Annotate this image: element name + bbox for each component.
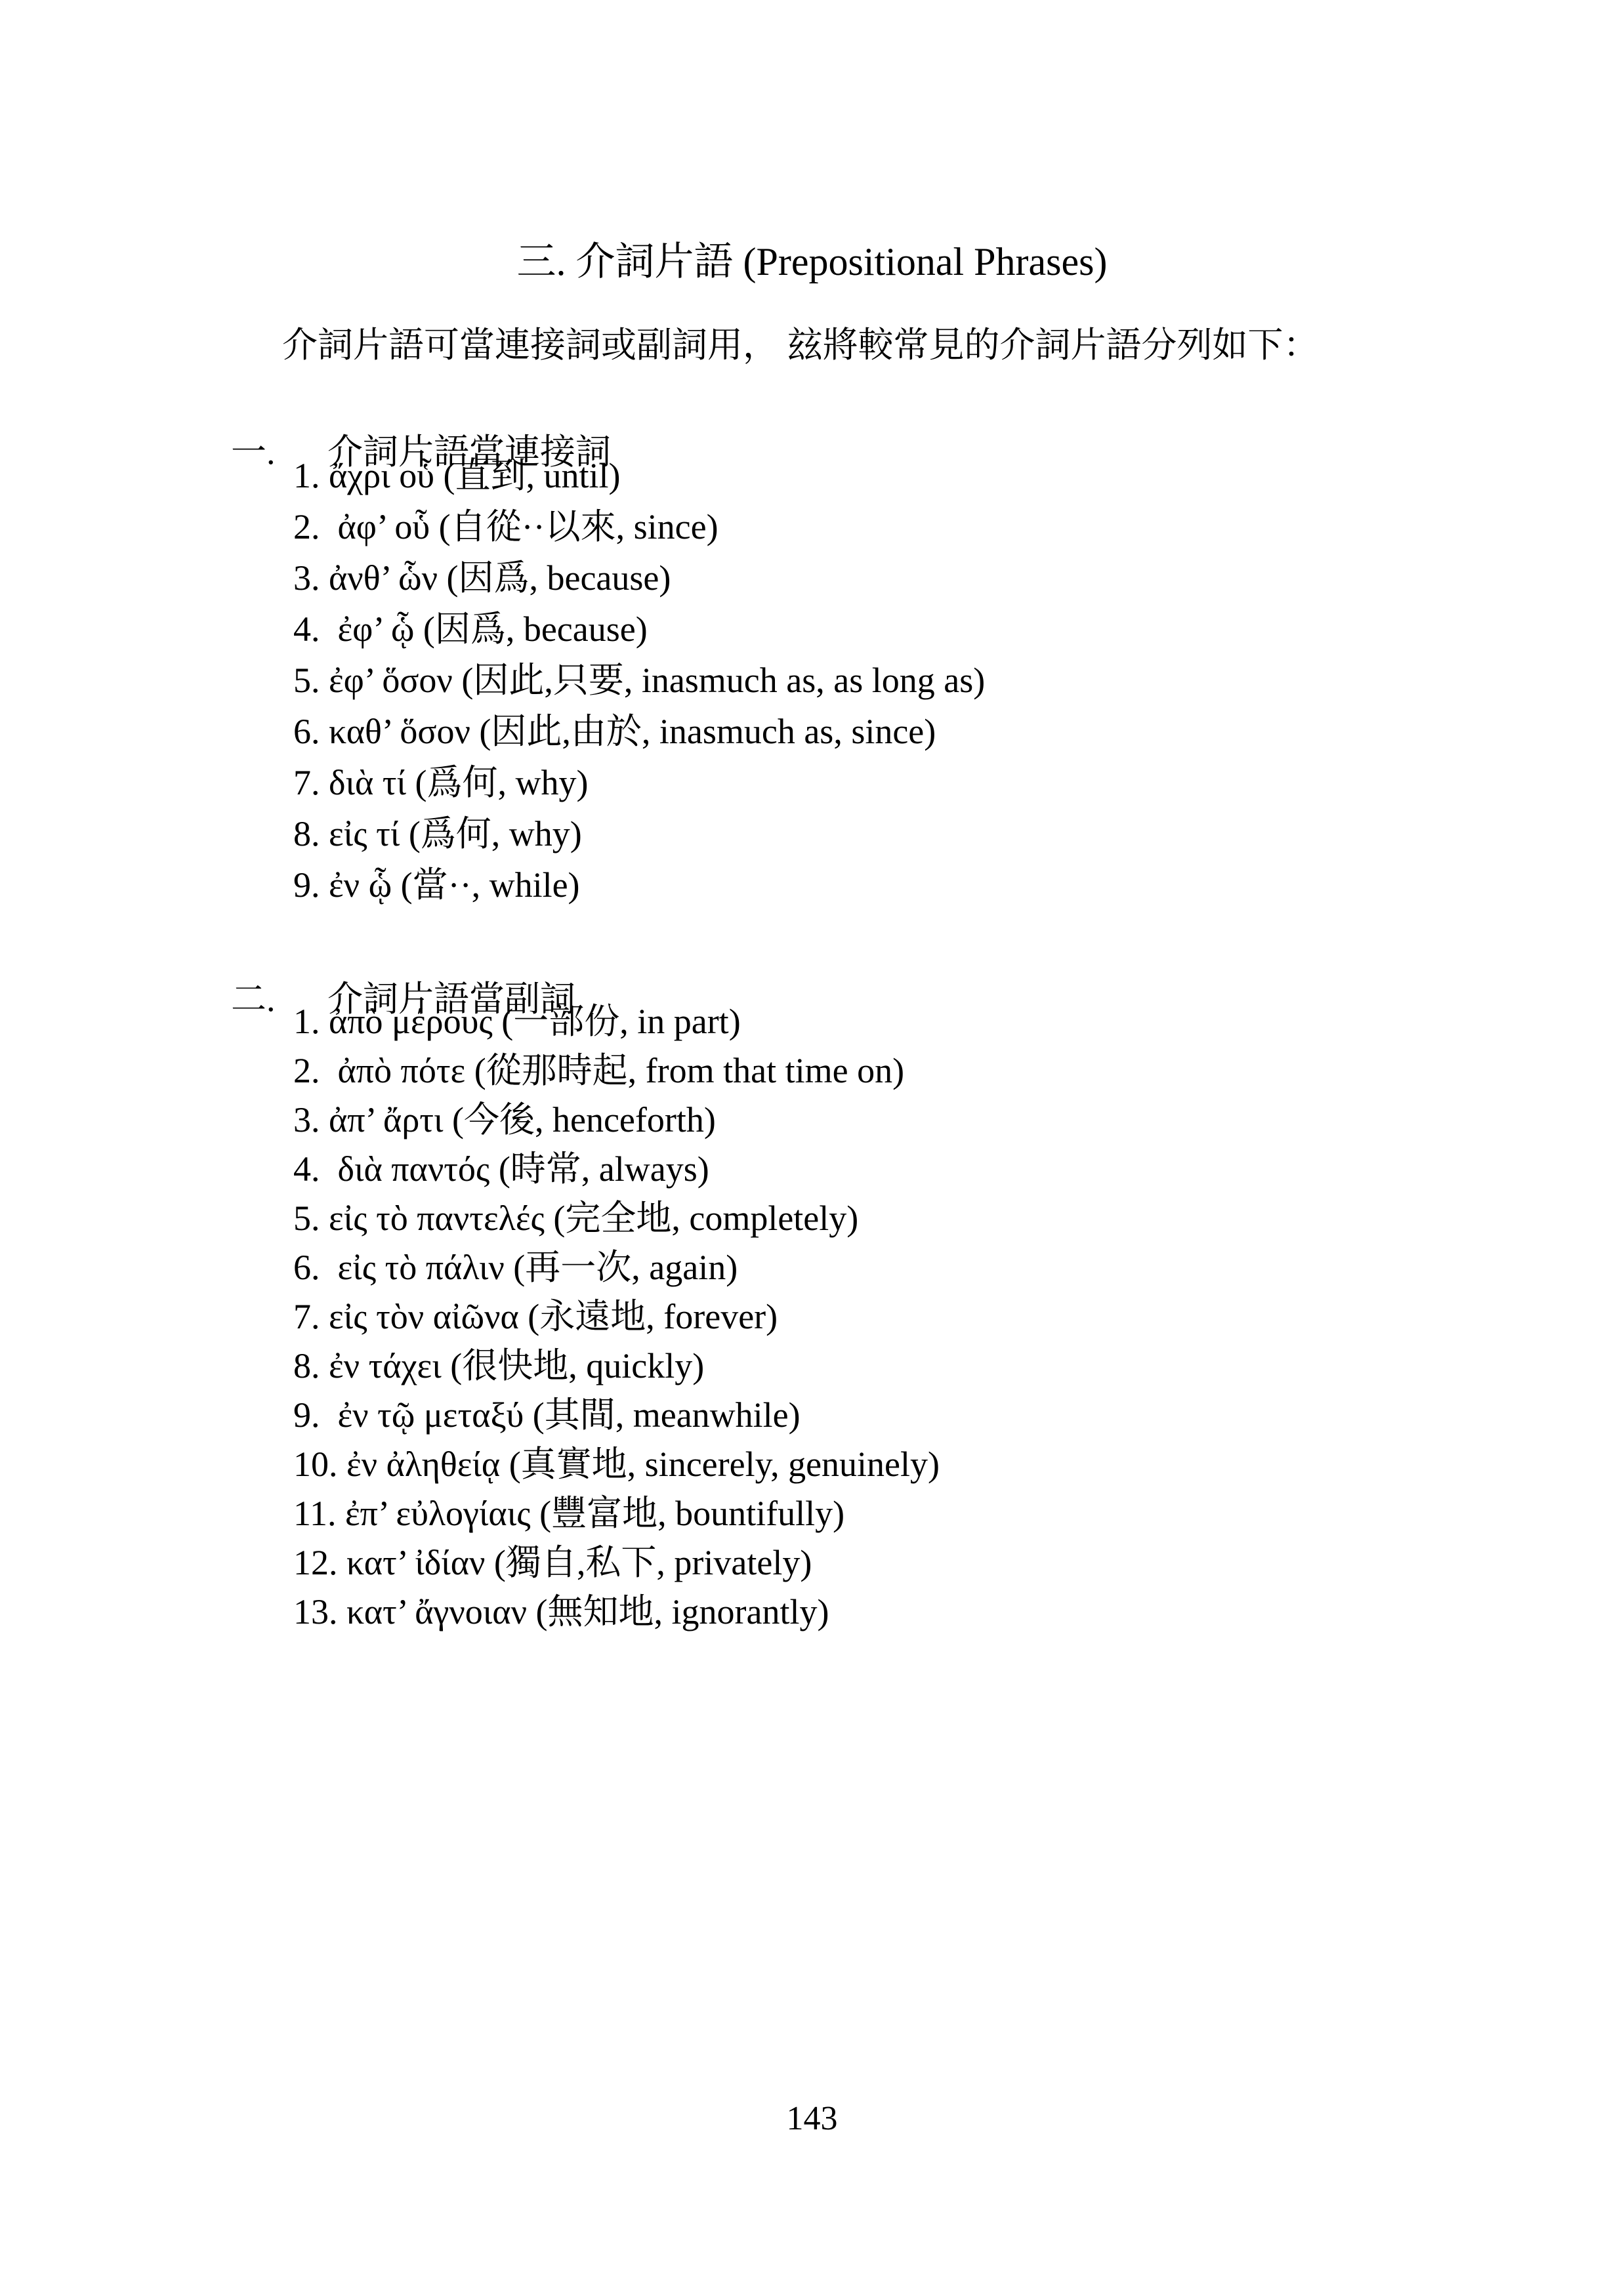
item-text: διὰ παντός (時常, always) bbox=[329, 1149, 709, 1189]
item-text: ἀπὸ μέρους (一部份, in part) bbox=[329, 1002, 741, 1041]
page-title: 三. 介詞片語 (Prepositional Phrases) bbox=[0, 239, 1624, 285]
item-text: ἐν τάχει (很快地, quickly) bbox=[329, 1346, 704, 1385]
item-number: 8. bbox=[293, 1346, 329, 1385]
list-item: 1.ἄχρι οὗ (直到, until) bbox=[293, 450, 985, 501]
list-item: 7.εἰς τὸν αἰῶνα (永遠地, forever) bbox=[293, 1292, 940, 1342]
item-number: 4. bbox=[293, 609, 329, 649]
list-item: 3.ἀπ’ ἄρτι (今後, henceforth) bbox=[293, 1096, 940, 1145]
item-text: ἀπὸ πότε (從那時起, from that time on) bbox=[329, 1051, 904, 1090]
item-number: 5. bbox=[293, 661, 329, 700]
item-text: ἐφ’ ὅσον (因此,只要, inasmuch as, as long as… bbox=[329, 661, 985, 700]
item-text: ἀφ’ οὗ (自從··以來, since) bbox=[329, 507, 718, 546]
list-item: 13.κατ’ ἄγνοιαν (無知地, ignorantly) bbox=[293, 1588, 940, 1637]
item-number: 4. bbox=[293, 1149, 329, 1189]
list-item: 9. ἐν τῷ μεταξύ (其間, meanwhile) bbox=[293, 1391, 940, 1440]
item-number: 7. bbox=[293, 1297, 329, 1336]
list-item: 6.καθ’ ὅσον (因此,由於, inasmuch as, since) bbox=[293, 706, 985, 757]
list-item: 5.ἐφ’ ὅσον (因此,只要, inasmuch as, as long … bbox=[293, 655, 985, 706]
item-text: ἄχρι οὗ (直到, until) bbox=[329, 456, 620, 495]
list-item: 8.εἰς τί (爲何, why) bbox=[293, 808, 985, 859]
list-item: 12.κατ’ ἰδίαν (獨自,私下, privately) bbox=[293, 1538, 940, 1588]
list-item: 8.ἐν τάχει (很快地, quickly) bbox=[293, 1342, 940, 1391]
document-page: 三. 介詞片語 (Prepositional Phrases) 介詞片語可當連接… bbox=[0, 0, 1624, 2296]
list-item: 10.ἐν ἀληθείᾳ (真實地, sincerely, genuinely… bbox=[293, 1440, 940, 1489]
item-number: 6. bbox=[293, 712, 329, 751]
item-text: ἐπ’ εὐλογίαις (豐富地, bountifully) bbox=[345, 1494, 844, 1533]
section-2-item-list: 1.ἀπὸ μέρους (一部份, in part) 2. ἀπὸ πότε … bbox=[293, 997, 940, 1637]
list-item: 9.ἐν ᾧ (當··, while) bbox=[293, 859, 985, 911]
list-item: 4. ἐφ’ ᾧ (因爲, because) bbox=[293, 604, 985, 655]
item-number: 10. bbox=[293, 1445, 346, 1484]
item-text: ἀνθ’ ὧν (因爲, because) bbox=[329, 558, 671, 598]
item-number: 8. bbox=[293, 814, 329, 853]
section-1-item-list: 1.ἄχρι οὗ (直到, until) 2. ἀφ’ οὗ (自從··以來,… bbox=[293, 450, 985, 911]
item-text: ἐν ἀληθείᾳ (真實地, sincerely, genuinely) bbox=[346, 1445, 940, 1484]
page-number: 143 bbox=[0, 2099, 1624, 2138]
item-number: 1. bbox=[293, 456, 329, 495]
item-number: 2. bbox=[293, 507, 329, 546]
item-number: 5. bbox=[293, 1199, 329, 1238]
item-text: εἰς τὸ παντελές (完全地, completely) bbox=[329, 1199, 858, 1238]
item-number: 9. bbox=[293, 865, 329, 905]
item-text: κατ’ ἄγνοιαν (無知地, ignorantly) bbox=[346, 1592, 829, 1631]
item-number: 1. bbox=[293, 1002, 329, 1041]
item-text: καθ’ ὅσον (因此,由於, inasmuch as, since) bbox=[329, 712, 936, 751]
item-text: εἰς τί (爲何, why) bbox=[329, 814, 582, 853]
list-item: 6. εἰς τὸ πάλιν (再一次, again) bbox=[293, 1243, 940, 1292]
item-text: εἰς τὸν αἰῶνα (永遠地, forever) bbox=[329, 1297, 778, 1336]
item-number: 9. bbox=[293, 1395, 329, 1435]
intro-paragraph: 介詞片語可當連接詞或副詞用， 玆將較常見的介詞片語分列如下： bbox=[282, 324, 1319, 367]
item-number: 12. bbox=[293, 1543, 346, 1582]
item-number: 13. bbox=[293, 1592, 346, 1631]
item-number: 11. bbox=[293, 1494, 345, 1533]
item-text: εἰς τὸ πάλιν (再一次, again) bbox=[329, 1248, 738, 1287]
item-text: κατ’ ἰδίαν (獨自,私下, privately) bbox=[346, 1543, 812, 1582]
item-text: ἐν ᾧ (當··, while) bbox=[329, 865, 580, 905]
list-item: 11.ἐπ’ εὐλογίαις (豐富地, bountifully) bbox=[293, 1489, 940, 1538]
item-number: 3. bbox=[293, 1100, 329, 1139]
item-text: ἐν τῷ μεταξύ (其間, meanwhile) bbox=[329, 1395, 801, 1435]
item-number: 2. bbox=[293, 1051, 329, 1090]
item-number: 6. bbox=[293, 1248, 329, 1287]
item-text: διὰ τί (爲何, why) bbox=[329, 763, 588, 802]
item-text: ἀπ’ ἄρτι (今後, henceforth) bbox=[329, 1100, 716, 1139]
item-number: 3. bbox=[293, 558, 329, 598]
list-item: 2. ἀφ’ οὗ (自從··以來, since) bbox=[293, 501, 985, 552]
list-item: 2. ἀπὸ πότε (從那時起, from that time on) bbox=[293, 1046, 940, 1096]
item-number: 7. bbox=[293, 763, 329, 802]
list-item: 4. διὰ παντός (時常, always) bbox=[293, 1145, 940, 1194]
list-item: 5.εἰς τὸ παντελές (完全地, completely) bbox=[293, 1194, 940, 1243]
item-text: ἐφ’ ᾧ (因爲, because) bbox=[329, 609, 648, 649]
list-item: 7.διὰ τί (爲何, why) bbox=[293, 757, 985, 808]
list-item: 3.ἀνθ’ ὧν (因爲, because) bbox=[293, 552, 985, 604]
list-item: 1.ἀπὸ μέρους (一部份, in part) bbox=[293, 997, 940, 1046]
